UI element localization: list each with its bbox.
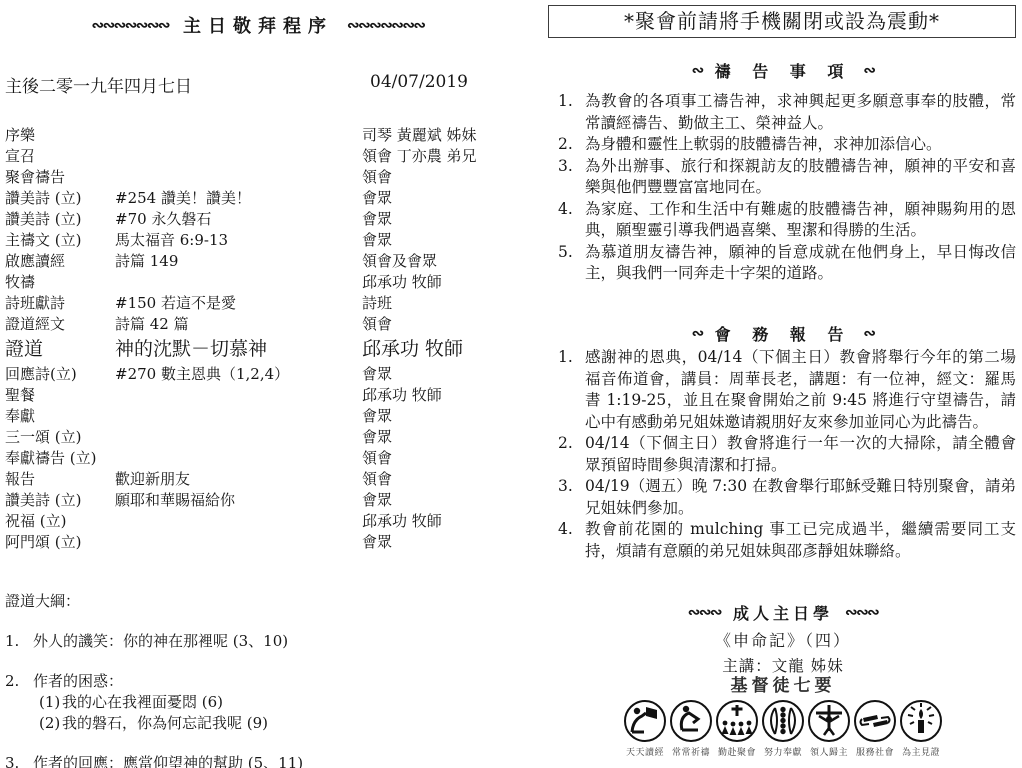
- program-who: 會眾: [362, 230, 392, 251]
- announcement-item: 04/19（週五）晚 7:30 在教會舉行耶穌受難日特別聚會，請弟兄姐妹們參加。: [548, 476, 1016, 519]
- program-who: 會眾: [362, 427, 392, 448]
- program-detail: #70 永久磐石: [115, 209, 211, 230]
- announcement-item: 感謝神的恩典，04/14（下個主日）教會將舉行今年的第二場福音佈道會，講員：周華…: [548, 347, 1016, 433]
- read-bible-icon: 天天讀經: [623, 699, 667, 758]
- program-who: 領會: [362, 314, 392, 335]
- program-item: 三一頌 (立): [5, 427, 81, 448]
- church-bulletin-page: ∾∾∾∾∾∾∾ 主日敬拜程序 ∾∾∾∾∾∾∾ 主後二零一九年四月七日 04/07…: [0, 0, 1022, 768]
- program-row: 證道經文詩篇 42 篇領會: [5, 314, 511, 335]
- program-row: 序樂司琴 黃麗斌 姊妹: [5, 125, 511, 146]
- program-who: 司琴 黃麗斌 姊妹: [362, 125, 477, 146]
- swirl-ornament-left-icon: ∾∾∾∾∾∾∾: [92, 18, 169, 33]
- swirl-ornament-icon: ∾: [692, 63, 703, 78]
- program-row: 三一頌 (立)會眾: [5, 427, 511, 448]
- prayer-section-header: ∾ 禱 告 事 項 ∾: [548, 59, 1018, 82]
- sunday-school-topic: 《申命記》（四）: [548, 628, 1018, 651]
- serve-society-icon: 服務社會: [853, 699, 897, 758]
- prayer-item: 為教會的各項事工禱告神，求神興起更多願意事奉的肢體，常常讀經禱告、勤做主工、榮神…: [548, 91, 1016, 134]
- prayer-item: 為身體和靈性上軟弱的肢體禱告神，求神加添信心。: [548, 134, 1016, 156]
- program-item: 報告: [5, 469, 35, 490]
- program-item: 聖餐: [5, 385, 35, 406]
- program-detail: 詩篇 149: [115, 251, 178, 272]
- outline-item: 1. 外人的譏笑：你的神在那裡呢 (3、10): [5, 631, 511, 652]
- outline-item: 2. 作者的困惑： (1) 我的心在我裡面憂悶 (6) (2) 我的磐石，你為何…: [5, 671, 511, 734]
- program-row: 讚美詩 (立)#70 永久磐石會眾: [5, 209, 511, 230]
- program-detail: 歡迎新朋友: [115, 469, 190, 490]
- program-item: 詩班獻詩: [5, 293, 65, 314]
- sunday-school-header: ∾∾∾ 成人主日學 ∾∾∾: [548, 601, 1018, 624]
- program-item: 奉獻: [5, 406, 35, 427]
- outline-subitem: (2) 我的磐石，你為何忘記我呢 (9): [39, 713, 268, 734]
- offering-icon: 努力奉獻: [761, 699, 805, 758]
- program-row: 牧禱邱承功 牧師: [5, 272, 511, 293]
- adult-sunday-school: ∾∾∾ 成人主日學 ∾∾∾ 《申命記》（四） 主講：文龍 姊妹: [548, 601, 1018, 676]
- program-row: 聖餐邱承功 牧師: [5, 385, 511, 406]
- outline-item: 3. 作者的回應：應當仰望神的幫助 (5、11): [5, 753, 511, 768]
- program-who: 邱承功 牧師: [362, 272, 442, 293]
- program-item: 宣召: [5, 146, 35, 167]
- program-who: 邱承功 牧師: [362, 335, 463, 364]
- phone-silence-notice: *聚會前請將手機關閉或設為震動*: [548, 5, 1016, 38]
- program-detail: #254 讚美！讚美！: [115, 188, 251, 209]
- outline-subitem: (1) 我的心在我裡面憂悶 (6): [39, 692, 268, 713]
- seven-essential-label: 努力奉獻: [764, 745, 802, 758]
- program-item: 讚美詩 (立): [5, 188, 81, 209]
- worship-order-list: 序樂司琴 黃麗斌 姊妹 宣召領會 丁亦農 弟兄 聚會禱告領會 讚美詩 (立)#2…: [5, 125, 511, 553]
- sermon-outline-heading: 證道大綱：: [5, 591, 511, 612]
- program-row: 主禱文 (立)馬太福音 6:9-13會眾: [5, 230, 511, 251]
- seven-essentials-icons: 天天讀經 常常祈禱: [548, 699, 1018, 758]
- program-detail: 馬太福音 6:9-13: [115, 230, 228, 251]
- prayer-item: 為家庭、工作和生活中有難處的肢體禱告神，願神賜夠用的恩典，願聖靈引導我們過喜樂、…: [548, 199, 1016, 242]
- outline-item-body: 作者的困惑： (1) 我的心在我裡面憂悶 (6) (2) 我的磐石，你為何忘記我…: [33, 671, 268, 734]
- program-who: 邱承功 牧師: [362, 511, 442, 532]
- program-item: 阿門頌 (立): [5, 532, 81, 553]
- program-row: 宣召領會 丁亦農 弟兄: [5, 146, 511, 167]
- swirl-ornament-icon: ∾∾∾: [845, 605, 878, 620]
- program-row-sermon: 證道神的沈默－切慕神邱承功 牧師: [5, 335, 511, 364]
- program-row: 奉獻會眾: [5, 406, 511, 427]
- program-who: 詩班: [362, 293, 392, 314]
- program-item: 證道: [5, 335, 43, 364]
- program-who: 會眾: [362, 209, 392, 230]
- date-western: 04/07/2019: [370, 72, 468, 92]
- program-item: 證道經文: [5, 314, 65, 335]
- program-row: 奉獻禱告 (立)領會: [5, 448, 511, 469]
- outline-subitem-text: 我的心在我裡面憂悶 (6): [62, 692, 223, 713]
- program-detail: 神的沈默－切慕神: [115, 335, 267, 364]
- prayer-section-title: 禱 告 事 項: [715, 59, 852, 82]
- outline-item-text: 作者的困惑：: [33, 671, 268, 692]
- program-who: 會眾: [362, 406, 392, 427]
- program-detail: #150 若這不是愛: [115, 293, 236, 314]
- sermon-outline: 證道大綱： 1. 外人的譏笑：你的神在那裡呢 (3、10) 2. 作者的困惑： …: [5, 591, 511, 768]
- program-row: 啟應讀經詩篇 149領會及會眾: [5, 251, 511, 272]
- page-title: 主日敬拜程序: [183, 12, 333, 38]
- outline-item-number: 3.: [5, 753, 33, 768]
- program-row: 祝福 (立)邱承功 牧師: [5, 511, 511, 532]
- outline-item-text: 作者的回應：應當仰望神的幫助 (5、11): [33, 753, 303, 768]
- program-detail: #270 數主恩典（1,2,4）: [115, 364, 289, 385]
- program-item: 祝福 (立): [5, 511, 66, 532]
- program-row: 阿門頌 (立)會眾: [5, 532, 511, 553]
- sunday-school-title: 成人主日學: [733, 601, 833, 624]
- program-item: 回應詩(立): [5, 364, 77, 385]
- program-row: 回應詩(立)#270 數主恩典（1,2,4）會眾: [5, 364, 511, 385]
- seven-essential-label: 常常祈禱: [672, 745, 710, 758]
- program-row: 讚美詩 (立)#254 讚美！讚美！會眾: [5, 188, 511, 209]
- outline-item-number: 2.: [5, 671, 33, 734]
- program-who: 會眾: [362, 188, 392, 209]
- program-who: 會眾: [362, 490, 392, 511]
- program-detail: 詩篇 42 篇: [115, 314, 189, 335]
- program-who: 邱承功 牧師: [362, 385, 442, 406]
- swirl-ornament-icon: ∾: [692, 326, 703, 341]
- page-title-row: ∾∾∾∾∾∾∾ 主日敬拜程序 ∾∾∾∾∾∾∾: [5, 12, 511, 38]
- program-who: 領會: [362, 448, 392, 469]
- seven-essentials-title: 基督徒七要: [548, 671, 1018, 696]
- outline-item-number: 1.: [5, 631, 33, 652]
- seven-essential-label: 天天讀經: [626, 745, 664, 758]
- prayer-item: 為慕道朋友禱告神，願神的旨意成就在他們身上，早日悔改信主，與我們一同奔走十字架的…: [548, 242, 1016, 285]
- program-who: 領會 丁亦農 弟兄: [362, 146, 477, 167]
- seven-essential-label: 服務社會: [856, 745, 894, 758]
- announcements-list: 感謝神的恩典，04/14（下個主日）教會將舉行今年的第二場福音佈道會，講員：周華…: [548, 347, 1016, 562]
- program-row: 詩班獻詩#150 若這不是愛詩班: [5, 293, 511, 314]
- seven-essential-label: 領人歸主: [810, 745, 848, 758]
- program-row: 讚美詩 (立)願耶和華賜福給你會眾: [5, 490, 511, 511]
- swirl-ornament-icon: ∾: [863, 326, 874, 341]
- program-row: 報告歡迎新朋友領會: [5, 469, 511, 490]
- swirl-ornament-icon: ∾∾∾: [688, 605, 721, 620]
- prayer-list: 為教會的各項事工禱告神，求神興起更多願意事奉的肢體，常常讀經禱告、勤做主工、榮神…: [548, 91, 1016, 285]
- program-row: 聚會禱告領會: [5, 167, 511, 188]
- prayer-item: 為外出辦事、旅行和探親訪友的肢體禱告神，願神的平安和喜樂與他們豐豐富富地同在。: [548, 156, 1016, 199]
- program-item: 讚美詩 (立): [5, 490, 81, 511]
- seven-essential-label: 為主見證: [902, 745, 940, 758]
- announcements-section-header: ∾ 會 務 報 告 ∾: [548, 322, 1018, 345]
- outline-subitem-number: (1): [39, 692, 62, 713]
- program-who: 會眾: [362, 364, 392, 385]
- outline-subitem-number: (2): [39, 713, 62, 734]
- program-item: 聚會禱告: [5, 167, 65, 188]
- program-who: 領會: [362, 469, 392, 490]
- outline-item-text: 外人的譏笑：你的神在那裡呢 (3、10): [33, 631, 288, 652]
- seven-essential-label: 勤赴聚會: [718, 745, 756, 758]
- attend-meeting-icon: 勤赴聚會: [715, 699, 759, 758]
- date-chinese: 主後二零一九年四月七日: [5, 72, 192, 97]
- lead-people-icon: 領人歸主: [807, 699, 851, 758]
- program-who: 領會及會眾: [362, 251, 437, 272]
- program-item: 啟應讀經: [5, 251, 65, 272]
- announcement-item: 04/14（下個主日）教會將進行一年一次的大掃除，請全體會眾預留時間參與清潔和打…: [548, 433, 1016, 476]
- prayer-icon: 常常祈禱: [669, 699, 713, 758]
- program-item: 讚美詩 (立): [5, 209, 81, 230]
- seven-essentials: 基督徒七要 天天讀經: [548, 671, 1018, 758]
- program-detail: 願耶和華賜福給你: [115, 490, 235, 511]
- outline-subitem-text: 我的磐石，你為何忘記我呢 (9): [62, 713, 268, 734]
- program-who: 領會: [362, 167, 392, 188]
- announcements-section-title: 會 務 報 告: [715, 322, 852, 345]
- witness-icon: 為主見證: [899, 699, 943, 758]
- swirl-ornament-right-icon: ∾∾∾∾∾∾∾: [347, 18, 424, 33]
- program-item: 主禱文 (立): [5, 230, 81, 251]
- program-who: 會眾: [362, 532, 392, 553]
- announcement-item: 教會前花園的 mulching 事工已完成過半，繼續需要同工支持，煩請有意願的弟…: [548, 519, 1016, 562]
- program-item: 序樂: [5, 125, 35, 146]
- program-item: 奉獻禱告 (立): [5, 448, 96, 469]
- swirl-ornament-icon: ∾: [863, 63, 874, 78]
- program-item: 牧禱: [5, 272, 35, 293]
